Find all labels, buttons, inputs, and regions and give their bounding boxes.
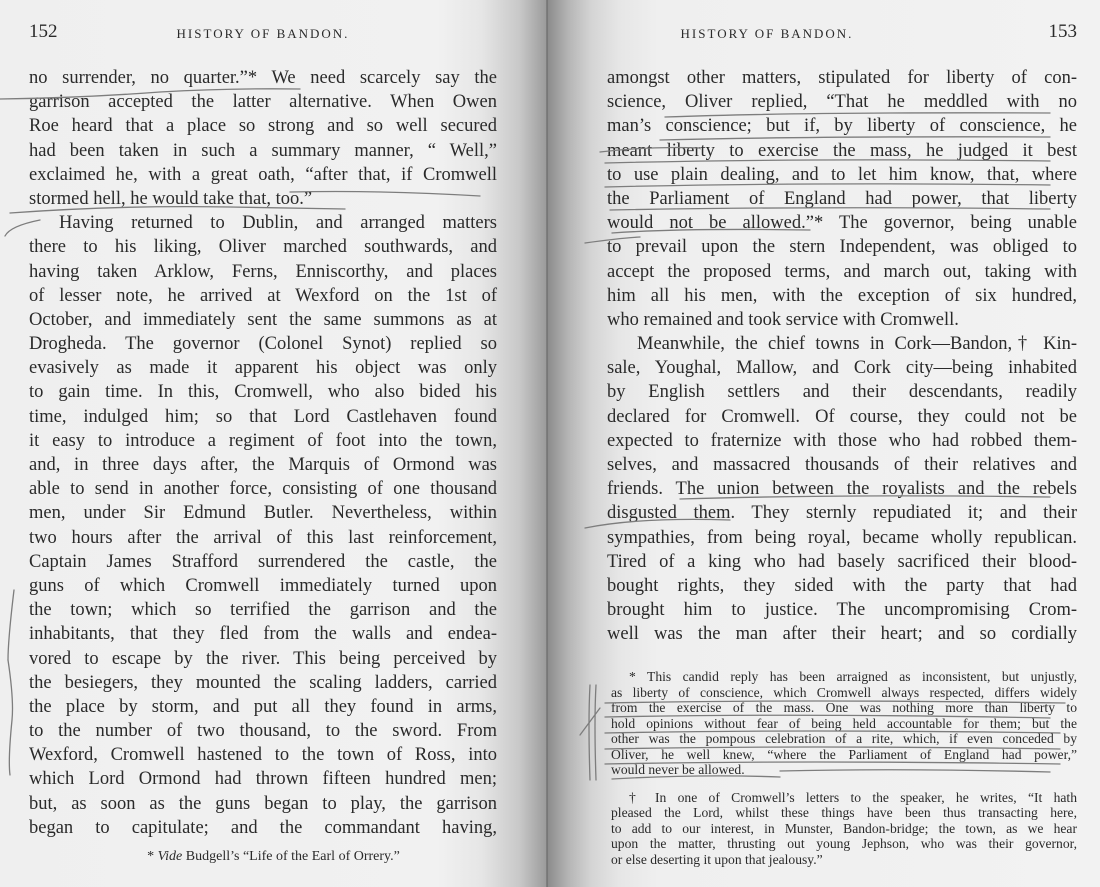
footnote-line: from the exercise of the mass. One was n…	[611, 700, 1077, 716]
text-line: who remained and took service with Cromw…	[607, 308, 1077, 332]
text-line: Roe heard that a place so strong and so …	[29, 114, 497, 138]
text-line: sale, Youghal, Mallow, and Cork city—bei…	[607, 356, 1077, 380]
text-line: of lesser note, he arrived at Wexford on…	[29, 284, 497, 308]
footnote-line: to add to our interest, in Munster, Band…	[611, 821, 1077, 837]
text-line: science, Oliver replied, “That he meddle…	[607, 90, 1077, 114]
right-footnotes: * This candid reply has been arraigned a…	[611, 669, 1077, 867]
footnote-line: as liberty of conscience, which Cromwell…	[611, 685, 1077, 701]
text-line: vored to escape by the river. This being…	[29, 647, 497, 671]
left-page: 152 HISTORY OF BANDON. no surrender, no …	[0, 0, 547, 887]
footnote-asterisk: * This candid reply has been arraigned a…	[611, 669, 1077, 778]
paragraph-start: Meanwhile, the chief towns in Cork—Bando…	[607, 332, 1077, 356]
text-line: to the number of two thousand, to the sw…	[29, 719, 497, 743]
footnote-italic: Vide	[158, 849, 183, 864]
text-line: and, in three days after, the Marquis of…	[29, 453, 497, 477]
paragraph-start: Having returned to Dublin, and arranged …	[29, 211, 497, 235]
text-line: which Lord Ormond had thrown fifteen hun…	[29, 767, 497, 791]
text-line: there to his liking, Oliver marched sout…	[29, 235, 497, 259]
left-body-text: no surrender, no quarter.”* We need scar…	[29, 66, 497, 840]
left-footnote: * Vide Budgell’s “Life of the Earl of Or…	[0, 849, 547, 865]
text-line: friends. The union between the royalists…	[607, 477, 1077, 501]
left-running-head: 152 HISTORY OF BANDON.	[29, 20, 497, 44]
text-line: the town; which so terrified the garriso…	[29, 598, 497, 622]
footnote-line: other was the pompous celebration of a r…	[611, 731, 1077, 747]
footnote-line: pleased the Lord, whilst these things ha…	[611, 805, 1077, 821]
footnote-gap	[611, 778, 1077, 790]
text-line: Captain James Strafford surrendered the …	[29, 550, 497, 574]
text-line: Tired of a king who had basely sacrifice…	[607, 550, 1077, 574]
text-line: men, under Sir Edmund Butler. Neverthele…	[29, 501, 497, 525]
footnote-line: would never be allowed.	[611, 762, 1077, 778]
footnote-line: † In one of Cromwell’s letters to the sp…	[611, 790, 1077, 806]
text-line: disgusted them. They sternly repudiated …	[607, 501, 1077, 525]
text-line: had been taken in such a summary manner,…	[29, 139, 497, 163]
footnote-line: hold opinions without fear of being held…	[611, 716, 1077, 732]
text-line: began to capitulate; and the commandant …	[29, 816, 497, 840]
footnote-line: upon the matter, thrusting out young Jep…	[611, 836, 1077, 852]
text-line: time, indulged him; so that Lord Castleh…	[29, 405, 497, 429]
text-line: evasively as made it apparent his object…	[29, 356, 497, 380]
text-line: having taken Arklow, Ferns, Enniscorthy,…	[29, 260, 497, 284]
text-line: amongst other matters, stipulated for li…	[607, 66, 1077, 90]
footnote-dagger: † In one of Cromwell’s letters to the sp…	[611, 790, 1077, 868]
text-line: guns of which Cromwell immediately turne…	[29, 574, 497, 598]
text-line: by English settlers and their descendant…	[607, 380, 1077, 404]
text-line: exclaimed he, with a great oath, “after …	[29, 163, 497, 187]
text-line: to gain time. In this, Cromwell, who als…	[29, 380, 497, 404]
text-line: selves, and massacred thousands of their…	[607, 453, 1077, 477]
text-line: inhabitants, that they fled from the wal…	[29, 622, 497, 646]
book-gutter	[546, 0, 548, 887]
text-line: to prevail upon the stern Independent, w…	[607, 235, 1077, 259]
footnote-text: Budgell’s “Life of the Earl of Orrery.”	[186, 849, 400, 864]
text-line: the besiegers, they mounted the scaling …	[29, 671, 497, 695]
text-line: brought him to justice. The uncompromisi…	[607, 598, 1077, 622]
text-line: expected to fraternize with those who ha…	[607, 429, 1077, 453]
footnote-line: * This candid reply has been arraigned a…	[611, 669, 1077, 685]
text-line: two hours after the arrival of this last…	[29, 526, 497, 550]
footnote-line: or else deserting it upon that jealousy.…	[611, 852, 1077, 868]
text-line: but, as soon as the guns began to play, …	[29, 792, 497, 816]
right-running-title: HISTORY OF BANDON.	[607, 22, 927, 46]
text-line: October, and immediately sent the same s…	[29, 308, 497, 332]
text-line: no surrender, no quarter.”* We need scar…	[29, 66, 497, 90]
text-line: bought rights, they sided with the party…	[607, 574, 1077, 598]
text-line: able to send in another force, consistin…	[29, 477, 497, 501]
text-line: meant liberty to exercise the mass, he j…	[607, 139, 1077, 163]
left-page-number: 152	[29, 20, 58, 44]
text-line: him all his men, with the exception of s…	[607, 284, 1077, 308]
right-body-text: amongst other matters, stipulated for li…	[607, 66, 1077, 647]
text-line: accept the proposed terms, and march out…	[607, 260, 1077, 284]
text-line: man’s conscience; but if, by liberty of …	[607, 114, 1077, 138]
text-line: would not be allowed.”* The governor, be…	[607, 211, 1077, 235]
text-line: to use plain dealing, and to let him kno…	[607, 163, 1077, 187]
footnote-line: Oliver, he well knew, “where the Parliam…	[611, 747, 1077, 763]
right-running-head: HISTORY OF BANDON. 153	[607, 20, 1077, 44]
text-line: sympathies, from being royal, became who…	[607, 526, 1077, 550]
right-page-number: 153	[1049, 20, 1078, 44]
text-line: the place by storm, and put all they fou…	[29, 695, 497, 719]
text-line: stormed hell, he would take that, too.”	[29, 187, 497, 211]
footnote-marker: *	[147, 849, 154, 864]
left-running-title: HISTORY OF BANDON.	[89, 22, 437, 46]
text-line: the Parliament of England had power, tha…	[607, 187, 1077, 211]
text-line: it easy to introduce a regiment of foot …	[29, 429, 497, 453]
text-line: Wexford, Cromwell hastened to the town o…	[29, 743, 497, 767]
text-line: garrison accepted the latter alternative…	[29, 90, 497, 114]
text-line: Drogheda. The governor (Colonel Synot) r…	[29, 332, 497, 356]
text-line: declared for Cromwell. Of course, they c…	[607, 405, 1077, 429]
text-line: well was the man after their heart; and …	[607, 622, 1077, 646]
